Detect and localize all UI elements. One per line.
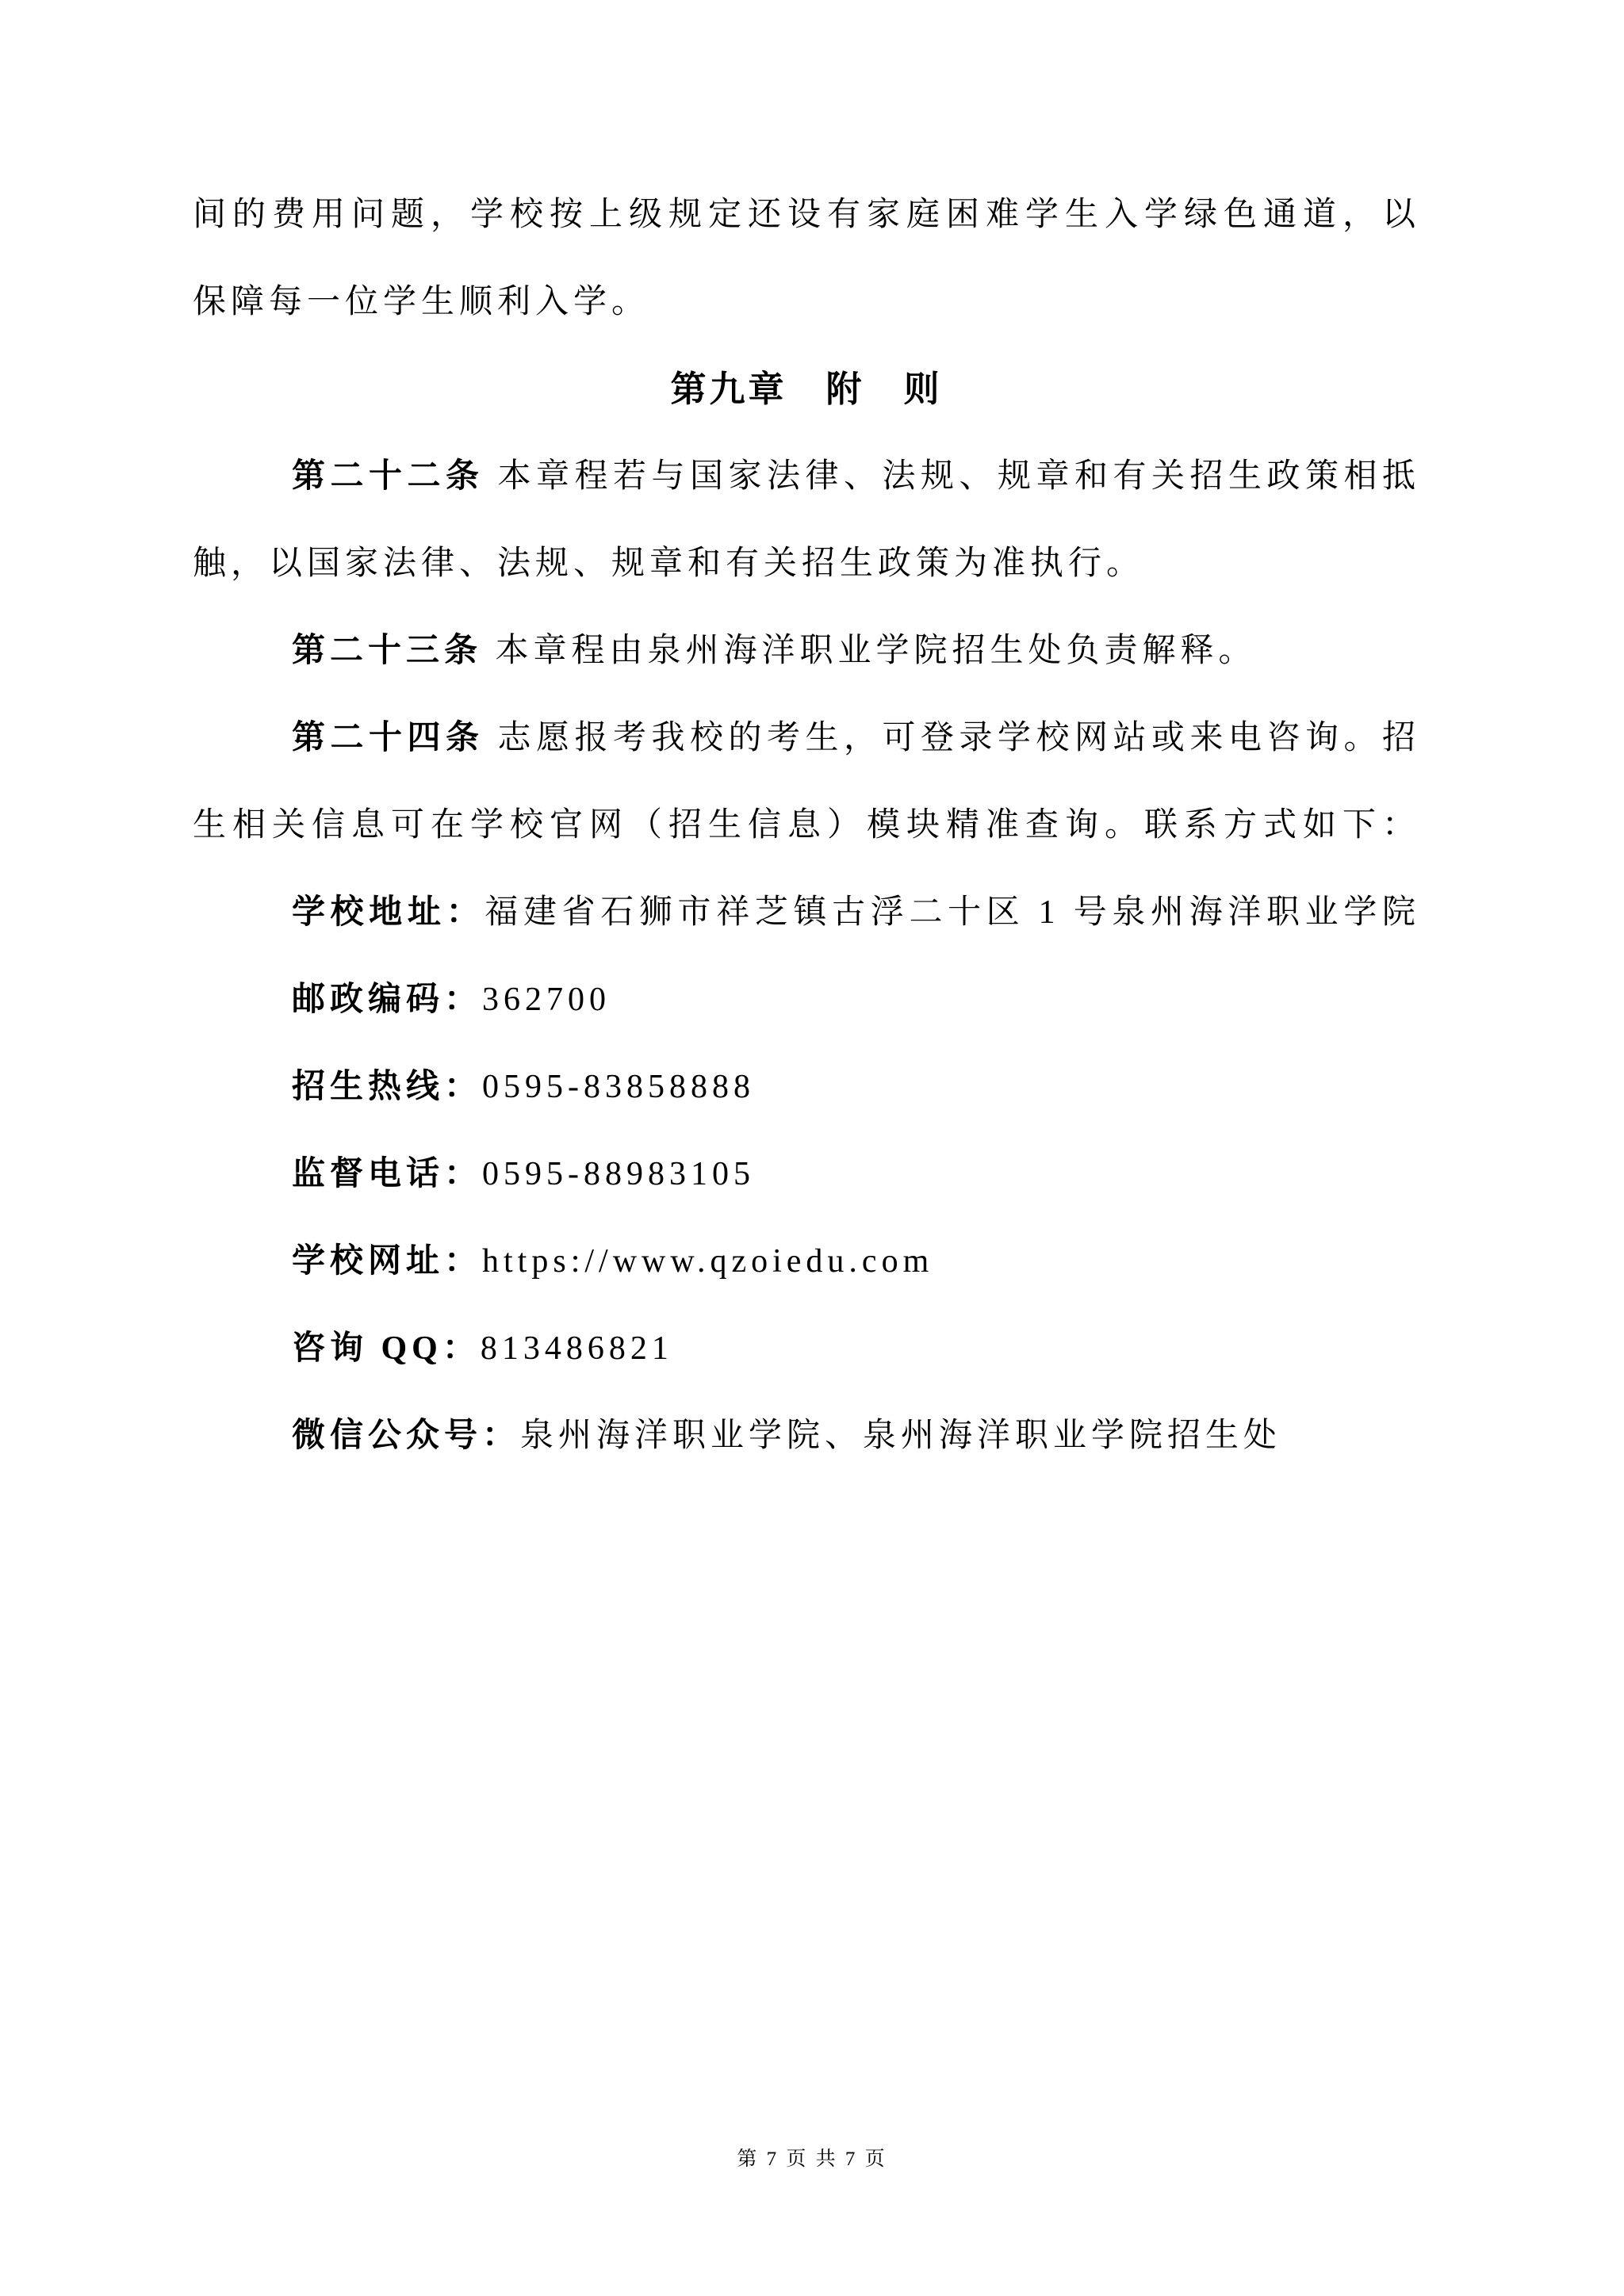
document-body: 间的费用问题，学校按上级规定还设有家庭困难学生入学绿色通道，以 保障每一位学生顺… — [193, 171, 1420, 1479]
wechat-account-line: 微信公众号：泉州海洋职业学院、泉州海洋职业学院招生处 — [193, 1392, 1420, 1479]
para-fees-continuation-line: 间的费用问题，学校按上级规定还设有家庭困难学生入学绿色通道，以 — [193, 171, 1420, 258]
body-text: 本章程若与国家法律、法规、规章和有关招生政策相抵 — [485, 458, 1420, 495]
wechat-account-value: 泉州海洋职业学院、泉州海洋职业学院招生处 — [520, 1418, 1281, 1454]
consult-qq-number: 813486821 — [481, 1330, 673, 1367]
postal-code-line: 邮政编码：362700 — [193, 956, 1420, 1043]
body-text: 本章程由泉州海洋职业学院招生处负责解释。 — [482, 633, 1257, 669]
school-website-url: https://www.qzoiedu.com — [482, 1243, 933, 1280]
school-website-line: 学校网址：https://www.qzoiedu.com — [193, 1218, 1420, 1305]
contact-address-label: 学校地址： — [292, 894, 485, 931]
article-24-line-1: 第二十四条 志愿报考我校的考生，可登录学校网站或来电咨询。招 — [193, 695, 1420, 782]
supervision-phone-label: 监督电话： — [292, 1156, 482, 1192]
postal-code-value: 362700 — [482, 982, 611, 1018]
article-22-line-1: 第二十二条 本章程若与国家法律、法规、规章和有关招生政策相抵 — [193, 433, 1420, 520]
page-footer: 第 7 页 共 7 页 — [0, 2147, 1624, 2172]
postal-code-label: 邮政编码： — [292, 982, 482, 1018]
article-23-number: 第二十三条 — [292, 633, 482, 669]
body-text: 生相关信息可在学校官网（招生信息）模块精准查询。联系方式如下： — [193, 807, 1420, 844]
article-22-number: 第二十二条 — [292, 458, 485, 495]
para-fees-last-line: 保障每一位学生顺利入学。 — [193, 258, 1420, 346]
admission-hotline-label: 招生热线： — [292, 1069, 482, 1105]
article-22-line-2: 触，以国家法律、法规、规章和有关招生政策为准执行。 — [193, 520, 1420, 607]
article-23-line: 第二十三条 本章程由泉州海洋职业学院招生处负责解释。 — [193, 607, 1420, 695]
consult-qq-line: 咨询 QQ：813486821 — [193, 1305, 1420, 1392]
contact-address-line: 学校地址：福建省石狮市祥芝镇古浮二十区 1 号泉州海洋职业学院 — [193, 869, 1420, 956]
chapter-heading-text: 第九章 附 则 — [670, 369, 942, 409]
article-24-line-2: 生相关信息可在学校官网（招生信息）模块精准查询。联系方式如下： — [193, 782, 1420, 869]
body-text: 触，以国家法律、法规、规章和有关招生政策为准执行。 — [193, 545, 1144, 582]
chapter-9-heading: 第九章 附 则 — [193, 346, 1420, 433]
supervision-phone-value: 0595-88983105 — [482, 1156, 755, 1192]
school-website-label: 学校网址： — [292, 1243, 482, 1280]
supervision-phone-line: 监督电话：0595-88983105 — [193, 1131, 1420, 1218]
body-text: 志愿报考我校的考生，可登录学校网站或来电咨询。招 — [485, 720, 1420, 756]
contact-address-value: 福建省石狮市祥芝镇古浮二十区 1 号泉州海洋职业学院 — [485, 894, 1420, 931]
body-text: 间的费用问题，学校按上级规定还设有家庭困难学生入学绿色通道，以 — [193, 197, 1420, 233]
consult-qq-label: 咨询 QQ： — [292, 1330, 481, 1367]
admission-hotline-line: 招生热线：0595-83858888 — [193, 1043, 1420, 1131]
wechat-account-label: 微信公众号： — [292, 1418, 520, 1454]
body-text: 保障每一位学生顺利入学。 — [193, 284, 649, 320]
page-number-text: 第 7 页 共 7 页 — [737, 2149, 887, 2170]
admission-hotline-value: 0595-83858888 — [482, 1069, 755, 1105]
document-page: 间的费用问题，学校按上级规定还设有家庭困难学生入学绿色通道，以 保障每一位学生顺… — [0, 0, 1624, 2296]
article-24-number: 第二十四条 — [292, 720, 485, 756]
